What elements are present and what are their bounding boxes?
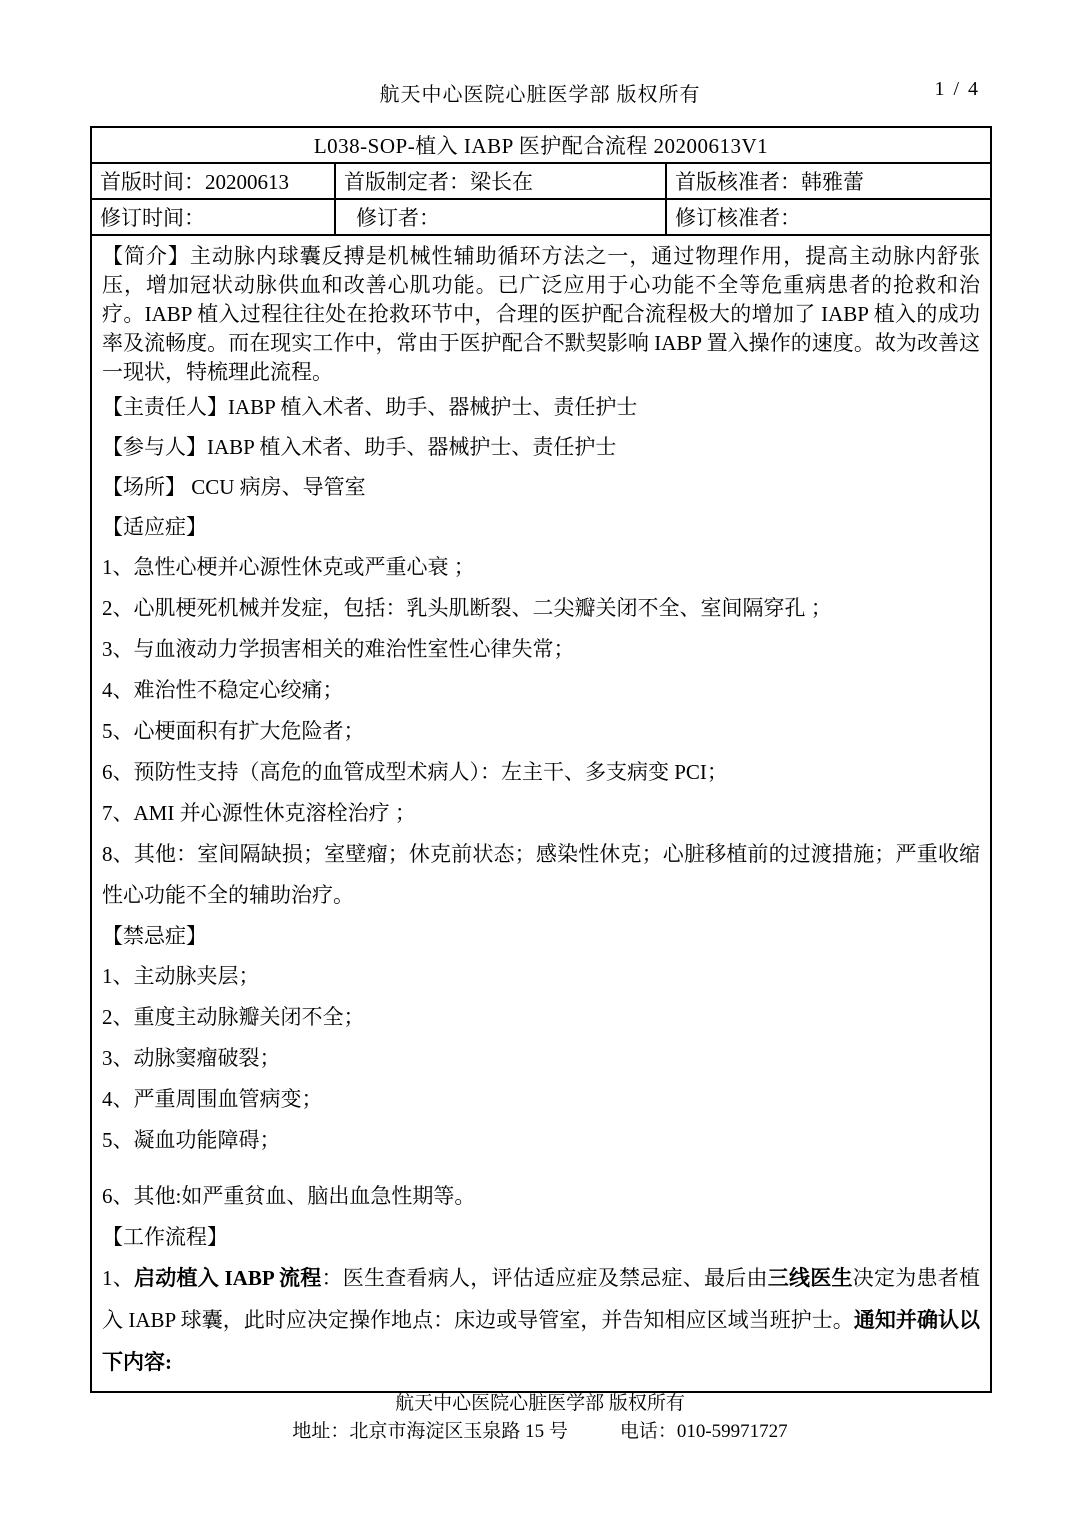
contraindication-item: 2、重度主动脉瓣关闭不全； bbox=[102, 997, 980, 1038]
participants-text: IABP 植入术者、助手、器械护士、责任护士 bbox=[207, 435, 616, 459]
location-label: 【场所】 bbox=[102, 475, 186, 499]
table-meta-row-first-version: 首版时间：20200613 首版制定者：梁长在 首版核准者：韩雅蕾 bbox=[91, 163, 991, 199]
document-title: L038-SOP-植入 IABP 医护配合流程 20200613V1 bbox=[91, 127, 991, 163]
indications-heading: 【适应症】 bbox=[102, 507, 980, 547]
indication-item: 2、心肌梗死机械并发症，包括：乳头肌断裂、二尖瓣关闭不全、室间隔穿孔 ； bbox=[102, 588, 980, 629]
workflow-step-1: 1、启动植入 IABP 流程：医生查看病人，评估适应症及禁忌症、最后由三线医生决… bbox=[102, 1257, 980, 1383]
header-copyright: 航天中心医院心脏医学部 版权所有 bbox=[380, 84, 701, 106]
indication-item: 4、难治性不稳定心绞痛； bbox=[102, 670, 980, 711]
table-meta-row-revision: 修订时间： 修订者： 修订核准者： bbox=[91, 199, 991, 235]
indication-item: 3、与血液动力学损害相关的难治性室性心律失常； bbox=[102, 629, 980, 670]
document-body: 【简介】主动脉内球囊反搏是机械性辅助循环方法之一，通过物理作用，提高主动脉内舒张… bbox=[91, 235, 991, 1392]
first-version-time: 首版时间：20200613 bbox=[91, 163, 335, 199]
workflow-heading: 【工作流程】 bbox=[102, 1217, 980, 1257]
responsible-label: 【主责任人】 bbox=[102, 395, 228, 419]
participants-label: 【参与人】 bbox=[102, 435, 207, 459]
step-text: ：医生查看病人，评估适应症及禁忌症、最后由 bbox=[322, 1266, 768, 1290]
footer-contact-line: 地址：北京市海淀区玉泉路 15 号电话：010-59971727 bbox=[0, 1418, 1080, 1446]
intro-text: 主动脉内球囊反搏是机械性辅助循环方法之一，通过物理作用，提高主动脉内舒张压，增加… bbox=[102, 244, 980, 384]
indication-item: 7、AMI 并心源性休克溶栓治疗 ； bbox=[102, 793, 980, 834]
intro-label: 【简介】 bbox=[102, 244, 190, 268]
responsible-line: 【主责任人】IABP 植入术者、助手、器械护士、责任护士 bbox=[102, 387, 980, 427]
contraindications-heading: 【禁忌症】 bbox=[102, 916, 980, 956]
footer-copyright: 航天中心医院心脏医学部 版权所有 bbox=[0, 1390, 1080, 1418]
location-line: 【场所】 CCU 病房、导管室 bbox=[102, 467, 980, 507]
revision-approver: 修订核准者： bbox=[666, 199, 991, 235]
contraindication-item: 6、其他:如严重贫血、脑出血急性期等。 bbox=[102, 1176, 980, 1217]
contraindication-item: 3、动脉窦瘤破裂； bbox=[102, 1038, 980, 1079]
page-number: 1 / 4 bbox=[934, 78, 980, 101]
intro-paragraph: 【简介】主动脉内球囊反搏是机械性辅助循环方法之一，通过物理作用，提高主动脉内舒张… bbox=[102, 242, 980, 387]
page-header: 航天中心医院心脏医学部 版权所有 1 / 4 bbox=[0, 78, 1080, 107]
location-text: CCU 病房、导管室 bbox=[191, 475, 365, 499]
responsible-text: IABP 植入术者、助手、器械护士、责任护士 bbox=[228, 395, 637, 419]
contraindication-item: 5、凝血功能障碍； bbox=[102, 1120, 980, 1161]
contraindication-item: 1、主动脉夹层； bbox=[102, 956, 980, 997]
step-bold-title: 启动植入 IABP 流程 bbox=[134, 1266, 322, 1290]
page-footer: 航天中心医院心脏医学部 版权所有 地址：北京市海淀区玉泉路 15 号电话：010… bbox=[0, 1390, 1080, 1446]
table-title-row: L038-SOP-植入 IABP 医护配合流程 20200613V1 bbox=[91, 127, 991, 163]
revision-time: 修订时间： bbox=[91, 199, 335, 235]
step-number: 1、 bbox=[102, 1266, 134, 1290]
sop-document-table: L038-SOP-植入 IABP 医护配合流程 20200613V1 首版时间：… bbox=[90, 126, 992, 1393]
footer-phone: 电话：010-59971727 bbox=[620, 1421, 788, 1442]
table-body-row: 【简介】主动脉内球囊反搏是机械性辅助循环方法之一，通过物理作用，提高主动脉内舒张… bbox=[91, 235, 991, 1392]
contraindication-item: 4、严重周围血管病变； bbox=[102, 1079, 980, 1120]
indication-item: 1、急性心梗并心源性休克或严重心衰 ； bbox=[102, 547, 980, 588]
participants-line: 【参与人】IABP 植入术者、助手、器械护士、责任护士 bbox=[102, 427, 980, 467]
document-page: 航天中心医院心脏医学部 版权所有 1 / 4 L038-SOP-植入 IABP … bbox=[0, 0, 1080, 1527]
first-version-author: 首版制定者：梁长在 bbox=[335, 163, 666, 199]
revision-author: 修订者： bbox=[335, 199, 666, 235]
indication-item: 8、其他：室间隔缺损；室壁瘤；休克前状态；感染性休克；心脏移植前的过渡措施；严重… bbox=[102, 834, 980, 916]
step-bold-role: 三线医生 bbox=[768, 1266, 853, 1290]
first-version-approver: 首版核准者：韩雅蕾 bbox=[666, 163, 991, 199]
footer-address: 地址：北京市海淀区玉泉路 15 号 bbox=[292, 1421, 568, 1442]
indication-item: 5、心梗面积有扩大危险者； bbox=[102, 711, 980, 752]
indication-item: 6、预防性支持（高危的血管成型术病人）：左主干、多支病变 PCI； bbox=[102, 752, 980, 793]
